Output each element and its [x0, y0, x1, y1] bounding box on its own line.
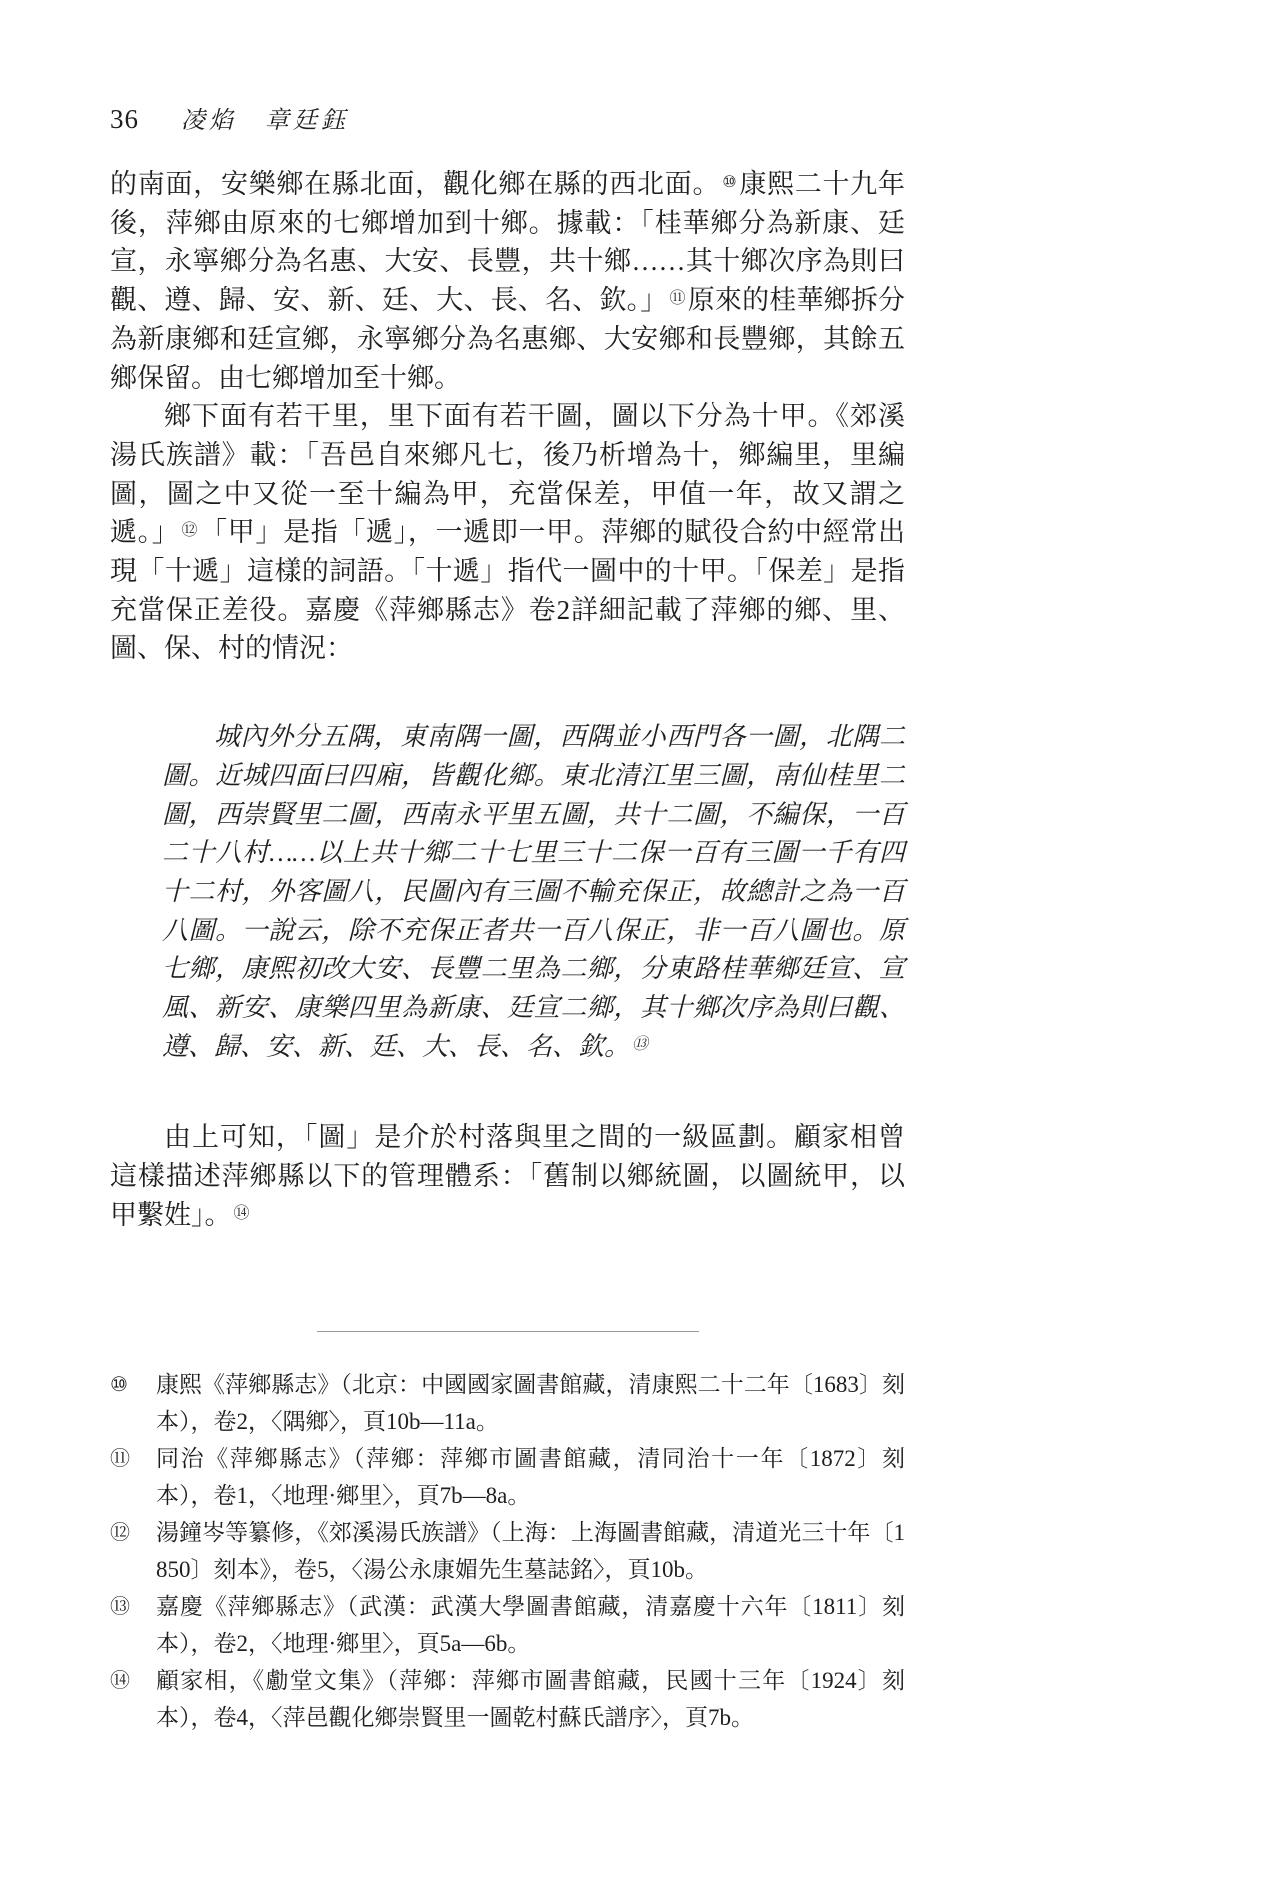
- footnote-ref-10: ⑩: [720, 172, 739, 191]
- footnote-ref-11: ⑪: [667, 288, 687, 307]
- footnote-text-14: 顧家相，《勴堂文集》（萍鄉：萍鄉市圖書館藏，民國十三年〔1924〕刻本），卷4，…: [156, 1662, 905, 1736]
- footnote-ref-14: ⑭: [232, 1203, 252, 1222]
- footnote-marker-13: ⑬: [110, 1588, 156, 1625]
- footnote-separator: [317, 1331, 699, 1332]
- footnote-ref-13: ⑬: [630, 1034, 650, 1053]
- paragraph-1: 的南面，安樂鄉在縣北面，觀化鄉在縣的西北面。⑩康熙二十九年後，萍鄉由原來的七鄉增…: [110, 165, 905, 397]
- paragraph-1-text-a: 的南面，安樂鄉在縣北面，觀化鄉在縣的西北面。: [110, 169, 720, 199]
- main-text: 的南面，安樂鄉在縣北面，觀化鄉在縣的西北面。⑩康熙二十九年後，萍鄉由原來的七鄉增…: [110, 165, 905, 1235]
- footnotes-section: ⑩ 康熙《萍鄉縣志》（北京：中國國家圖書館藏，清康熙二十二年〔1683〕刻本），…: [110, 1366, 905, 1736]
- running-head: 36 凌焰 章廷鈺: [110, 100, 905, 135]
- paragraph-2-text-b: 「甲」是指「遞」，一遞即一甲。萍鄉的賦役合約中經常出現「十遞」這樣的詞語。「十遞…: [110, 517, 905, 663]
- footnote-item-14: ⑭ 顧家相，《勴堂文集》（萍鄉：萍鄉市圖書館藏，民國十三年〔1924〕刻本），卷…: [110, 1662, 905, 1736]
- paragraph-3-text-a: 由上可知，「圖」是介於村落與里之間的一級區劃。顧家相曾這樣描述萍鄉縣以下的管理體…: [110, 1122, 905, 1229]
- footnote-marker-10: ⑩: [110, 1366, 156, 1403]
- footnote-item-11: ⑪ 同治《萍鄉縣志》（萍鄉：萍鄉市圖書館藏，清同治十一年〔1872〕刻本），卷1…: [110, 1440, 905, 1514]
- document-page: 36 凌焰 章廷鈺 的南面，安樂鄉在縣北面，觀化鄉在縣的西北面。⑩康熙二十九年後…: [0, 0, 1262, 1895]
- footnote-item-12: ⑫ 湯鐘岑等纂修，《郊溪湯氏族譜》（上海：上海圖書館藏，清道光三十年〔1850〕…: [110, 1514, 905, 1588]
- page-number: 36: [110, 104, 139, 135]
- footnote-marker-12: ⑫: [110, 1514, 156, 1551]
- block-quote: 城內外分五隅，東南隅一圖，西隅並小西門各一圖，北隅二圖。近城四面曰四廂，皆觀化鄉…: [162, 718, 905, 1066]
- paragraph-2: 鄉下面有若干里，里下面有若干圖，圖以下分為十甲。《郊溪湯氏族譜》載：「吾邑自來鄉…: [110, 397, 905, 668]
- footnote-text-10: 康熙《萍鄉縣志》（北京：中國國家圖書館藏，清康熙二十二年〔1683〕刻本），卷2…: [156, 1366, 905, 1440]
- footnote-text-12: 湯鐘岑等纂修，《郊溪湯氏族譜》（上海：上海圖書館藏，清道光三十年〔1850〕刻本…: [156, 1514, 905, 1588]
- footnote-item-13: ⑬ 嘉慶《萍鄉縣志》（武漢：武漢大學圖書館藏，清嘉慶十六年〔1811〕刻本），卷…: [110, 1588, 905, 1662]
- paragraph-3: 由上可知，「圖」是介於村落與里之間的一級區劃。顧家相曾這樣描述萍鄉縣以下的管理體…: [110, 1118, 905, 1234]
- footnote-marker-11: ⑪: [110, 1440, 156, 1477]
- footnote-ref-12: ⑫: [179, 520, 200, 539]
- footnote-text-13: 嘉慶《萍鄉縣志》（武漢：武漢大學圖書館藏，清嘉慶十六年〔1811〕刻本），卷2，…: [156, 1588, 905, 1662]
- footnote-text-11: 同治《萍鄉縣志》（萍鄉：萍鄉市圖書館藏，清同治十一年〔1872〕刻本），卷1，〈…: [156, 1440, 905, 1514]
- footnote-item-10: ⑩ 康熙《萍鄉縣志》（北京：中國國家圖書館藏，清康熙二十二年〔1683〕刻本），…: [110, 1366, 905, 1440]
- footnote-marker-14: ⑭: [110, 1662, 156, 1699]
- running-head-authors: 凌焰 章廷鈺: [181, 100, 349, 135]
- block-quote-text: 城內外分五隅，東南隅一圖，西隅並小西門各一圖，北隅二圖。近城四面曰四廂，皆觀化鄉…: [162, 722, 905, 1061]
